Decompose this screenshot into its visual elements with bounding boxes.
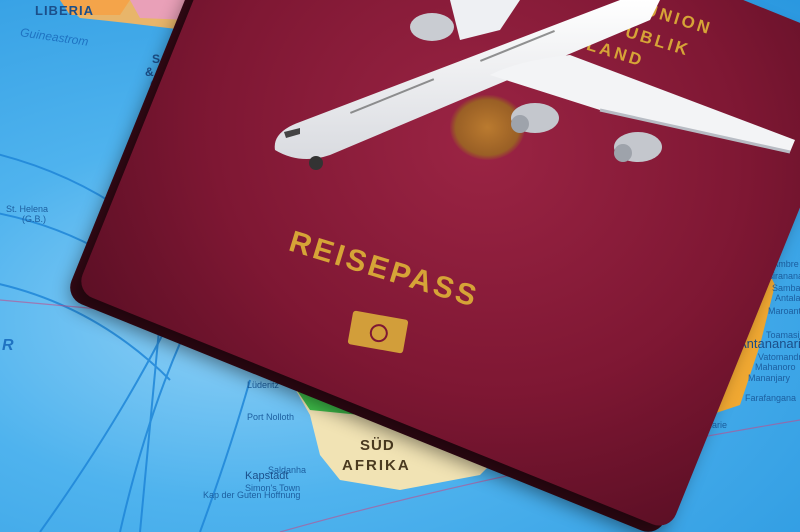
model-airplane bbox=[0, 0, 800, 532]
photo-scene: LIBERIA Guineastrom SAO TOME & PRINCIPE … bbox=[0, 0, 800, 532]
